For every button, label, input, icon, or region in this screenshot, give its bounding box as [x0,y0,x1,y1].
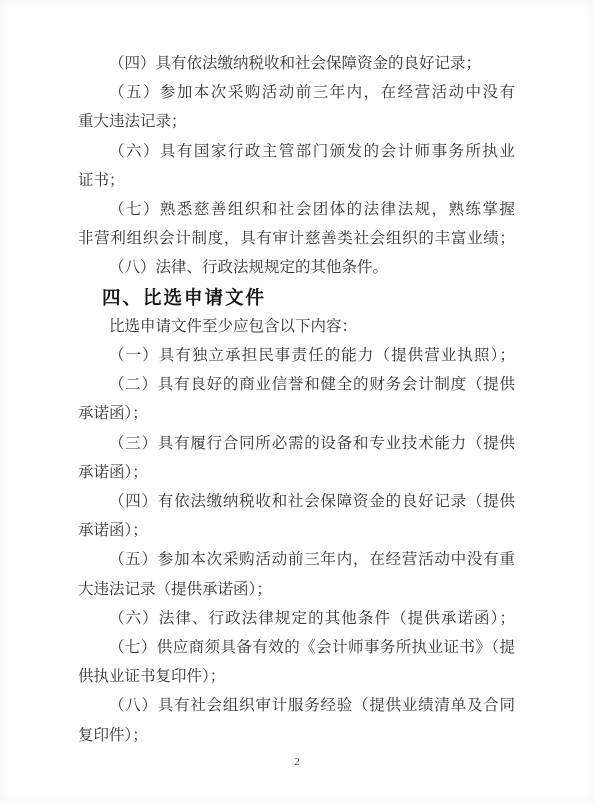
document-line: （六）具有国家行政主管部门颁发的会计师事务所执业 [78,137,515,166]
document-line: （五）参加本次采购活动前三年内，在经营活动中没有重 [78,545,515,574]
document-line: （三）具有履行合同所必需的设备和专业技术能力（提供 [78,429,515,458]
document-line: 承诺函）； [78,458,515,487]
document-line: 非营利组织会计制度，具有审计慈善类社会组织的丰富业绩； [78,224,515,253]
document-line: （八）具有社会组织审计服务经验（提供业绩清单及合同 [78,691,515,720]
document-line: （八）法律、行政法规规定的其他条件。 [78,253,515,282]
document-line: 大违法记录（提供承诺函）； [78,575,515,604]
document-line: 证书； [78,166,515,195]
document-line: 承诺函）； [78,399,515,428]
page-number: 2 [0,756,594,768]
document-line: （一）具有独立承担民事责任的能力（提供营业执照）； [78,341,515,370]
document-page: （四）具有依法缴纳税收和社会保障资金的良好记录； （五）参加本次采购活动前三年内… [0,0,594,803]
document-line: （六）法律、行政法律规定的其他条件（提供承诺函）； [78,604,515,633]
document-line: （四）有依法缴纳税收和社会保障资金的良好记录（提供 [78,487,515,516]
document-line: （七）供应商须具备有效的《会计师事务所执业证书》（提 [78,633,515,662]
document-line: （四）具有依法缴纳税收和社会保障资金的良好记录； [78,49,515,78]
document-line: （二）具有良好的商业信誉和健全的财务会计制度（提供 [78,370,515,399]
document-body: （四）具有依法缴纳税收和社会保障资金的良好记录； （五）参加本次采购活动前三年内… [78,49,515,750]
document-line: （五）参加本次采购活动前三年内，在经营活动中没有 [78,78,515,107]
document-line: 供执业证书复印件）； [78,662,515,691]
document-line: 承诺函）； [78,516,515,545]
document-line: （七）熟悉慈善组织和社会团体的法律法规，熟练掌握 [78,195,515,224]
document-line: 重大违法记录； [78,107,515,136]
document-line: 复印件）； [78,721,515,750]
section-heading: 四、比选申请文件 [78,283,515,312]
document-line: 比选申请文件至少应包含以下内容： [78,312,515,341]
